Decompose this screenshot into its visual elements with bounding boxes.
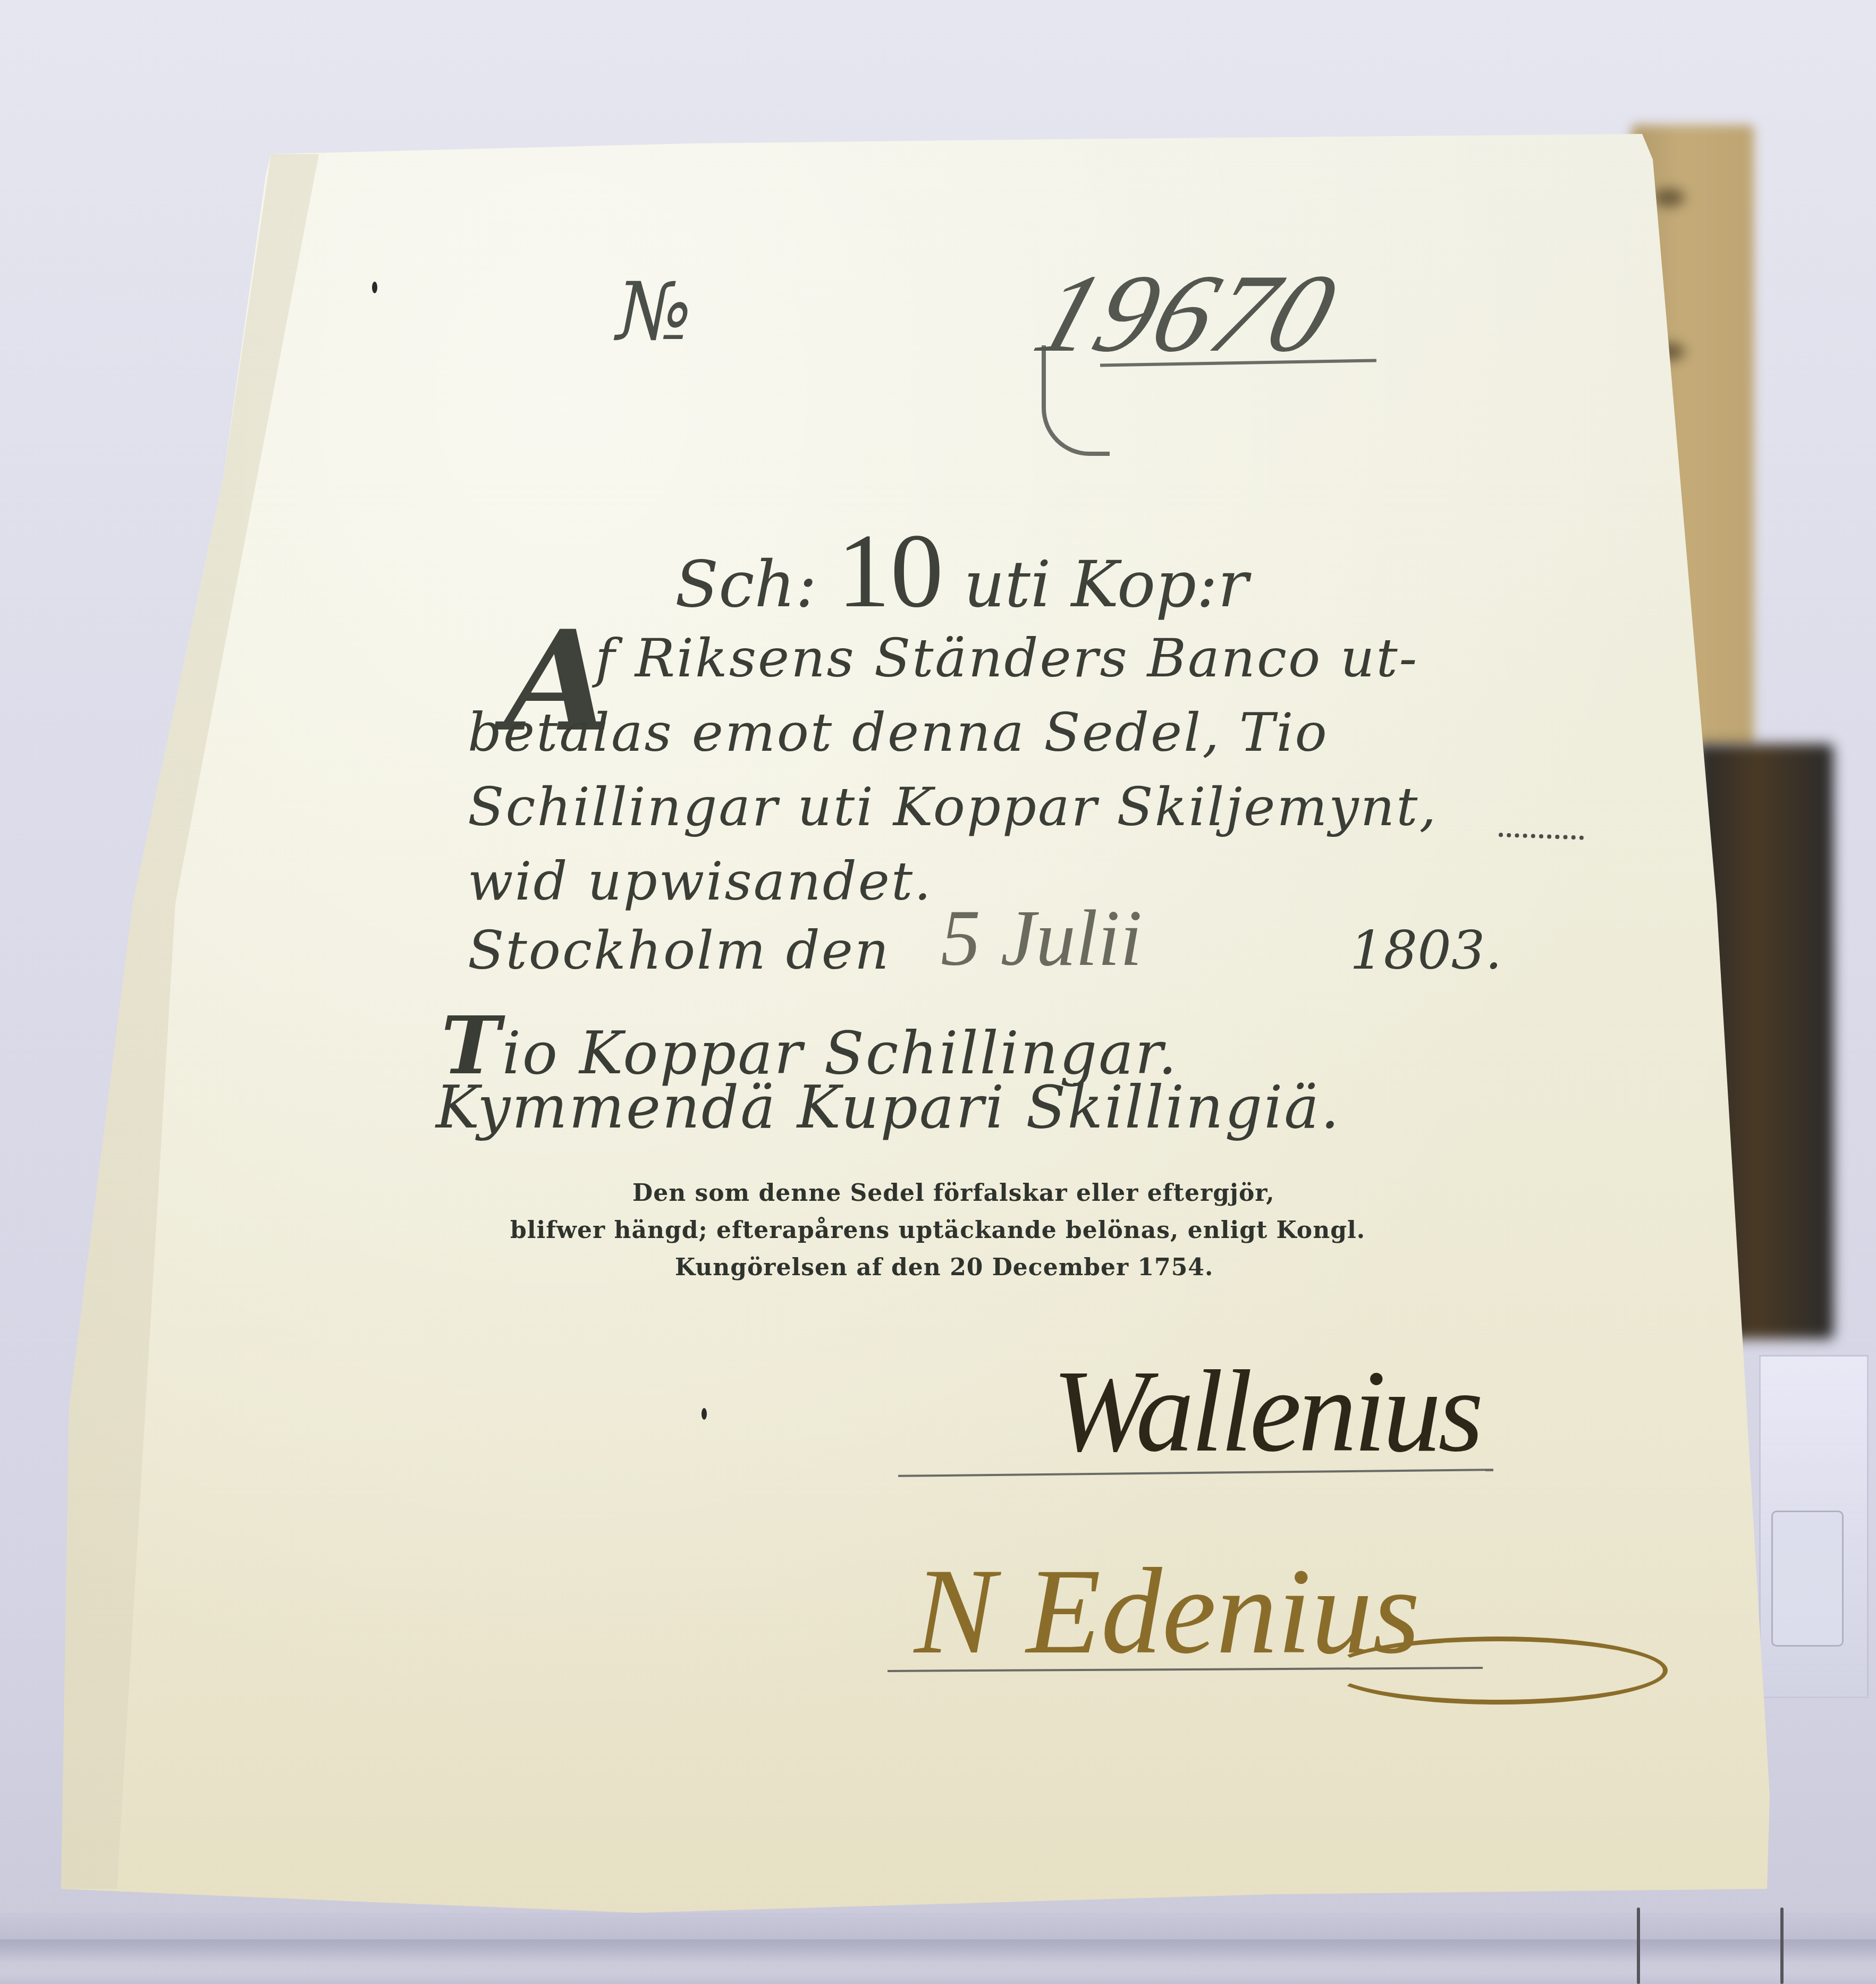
value-finnish: Kymmendä Kupari Skillingiä.: [436, 1073, 1341, 1141]
warning-line-1: Den som denne Sedel förfalskar eller eft…: [632, 1180, 1275, 1207]
shelf-edge: [0, 1939, 1876, 1971]
card-hole: [1653, 189, 1685, 207]
warning-line-2: blifwer hängd; efterapårens uptäckande b…: [510, 1217, 1365, 1244]
signature-flourish: [1329, 1637, 1668, 1705]
denomination-prefix: Sch:: [675, 548, 817, 622]
acrylic-block: [1771, 1511, 1844, 1647]
denomination-value: 10: [837, 512, 943, 630]
place-line: Stockholm den: [468, 919, 890, 981]
display-wire: [1637, 1907, 1640, 1984]
paper-speck: [702, 1408, 707, 1420]
denomination-suffix: uti Kop:r: [964, 548, 1248, 622]
acrylic-stand: [1759, 1355, 1869, 1698]
issue-year: 1803.: [1350, 919, 1502, 981]
warning-line-3: Kungörelsen af den 20 December 1754.: [675, 1254, 1213, 1281]
display-wire: [1780, 1907, 1784, 1984]
museum-display-scene: № 19670 Sch: 10 uti Kop:r A f Riksens St…: [0, 0, 1876, 1984]
serial-number: 19670: [1021, 250, 1352, 378]
paper-speck: [372, 282, 377, 293]
signature-1: Wallenius: [1052, 1344, 1481, 1479]
body-line-3: Schillingar uti Koppar Skiljemynt,: [468, 776, 1438, 838]
body-line-2: betalas emot denna Sedel, Tio: [468, 701, 1329, 764]
handwritten-date: 5 Julii: [941, 893, 1142, 984]
body-line-4: wid upwisandet.: [468, 850, 933, 912]
number-label: №: [616, 266, 692, 358]
body-line-1: f Riksens Ständers Banco ut-: [595, 627, 1418, 689]
denomination-heading: Sch: 10 uti Kop:r: [675, 510, 1248, 632]
